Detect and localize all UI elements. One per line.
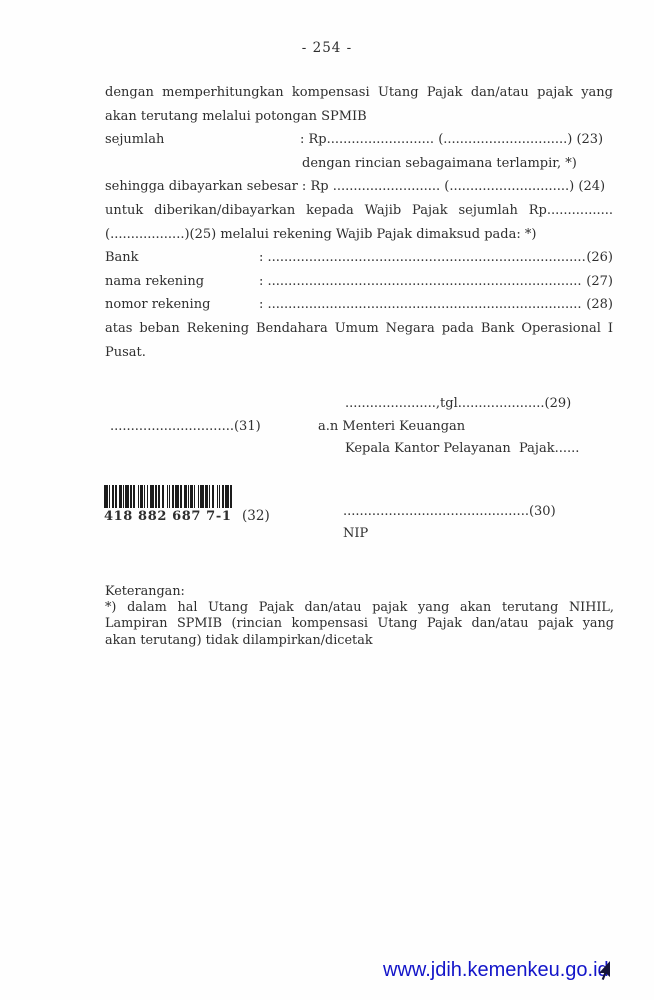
signature-left-dotted-line: ..............................(31) — [110, 419, 261, 434]
nama-rekening-label: nama rekening — [105, 270, 259, 294]
body-line-atas-beban: atas beban Rekening Bendahara Umum Negar… — [105, 317, 613, 341]
barcode-image — [104, 485, 234, 508]
body-line-pusat: Pusat. — [105, 341, 613, 365]
field-row-bank: Bank : .................................… — [105, 246, 613, 270]
sejumlah-label: sejumlah — [105, 128, 300, 152]
keterangan-line3: akan terutang) tidak dilampirkan/dicetak — [105, 633, 614, 649]
signature-date-line: ......................,tgl..............… — [345, 396, 571, 411]
sejumlah-value: : Rp.......................... (........… — [300, 128, 603, 152]
keterangan-line2: Lampiran SPMIB (rincian kompensasi Utang… — [105, 616, 614, 632]
signature-kepala-kantor: Kepala Kantor Pelayanan Pajak...... — [345, 441, 579, 456]
barcode-gap — [232, 485, 233, 508]
body-line-untuk: untuk diberikan/dibayarkan kepada Wajib … — [105, 199, 613, 223]
signature-an-menteri: a.n Menteri Keuangan — [318, 419, 465, 434]
bank-ref-number: (26) — [586, 246, 613, 270]
body-line-sejumlah: sejumlah : Rp.......................... … — [105, 128, 613, 152]
barcode-ref-number: (32) — [242, 508, 270, 524]
page-number: - 254 - — [0, 40, 654, 56]
nomor-rekening-ref-number: (28) — [582, 293, 613, 317]
body-line-akan-terutang: akan terutang melalui potongan SPMIB — [105, 105, 613, 129]
field-row-nomor-rekening: nomor rekening : .......................… — [105, 293, 613, 317]
nip-label: NIP — [343, 526, 368, 541]
nama-rekening-ref-number: (27) — [582, 270, 613, 294]
body-line-dengan: dengan memperhitungkan kompensasi Utang … — [105, 81, 613, 105]
body-text: dengan memperhitungkan kompensasi Utang … — [105, 81, 613, 364]
keterangan-block: Keterangan: *) dalam hal Utang Pajak dan… — [105, 584, 614, 649]
nama-rekening-dotted-line: : ......................................… — [259, 270, 582, 294]
body-line-rincian: dengan rincian sebagaimana terlampir, *) — [105, 152, 613, 176]
mouse-cursor-icon — [598, 961, 612, 983]
barcode-number: 418 882 687 7-1 — [104, 509, 231, 524]
keterangan-title: Keterangan: — [105, 584, 614, 600]
signature-nip-dotted-line: ........................................… — [343, 504, 556, 519]
body-line-sehingga: sehingga dibayarkan sebesar : Rp .......… — [105, 175, 613, 199]
document-page: - 254 - dengan memperhitungkan kompensas… — [0, 0, 654, 1000]
bank-dotted-line: : ......................................… — [259, 246, 586, 270]
jdih-kemenkeu-link[interactable]: www.jdih.kemenkeu.go.id — [383, 959, 609, 982]
body-line-melalui: (..................)(25) melalui rekenin… — [105, 223, 613, 247]
field-row-nama-rekening: nama rekening : ........................… — [105, 270, 613, 294]
nomor-rekening-dotted-line: : ......................................… — [259, 293, 582, 317]
nomor-rekening-label: nomor rekening — [105, 293, 259, 317]
bank-label: Bank — [105, 246, 259, 270]
keterangan-line1: *) dalam hal Utang Pajak dan/atau pajak … — [105, 600, 614, 616]
